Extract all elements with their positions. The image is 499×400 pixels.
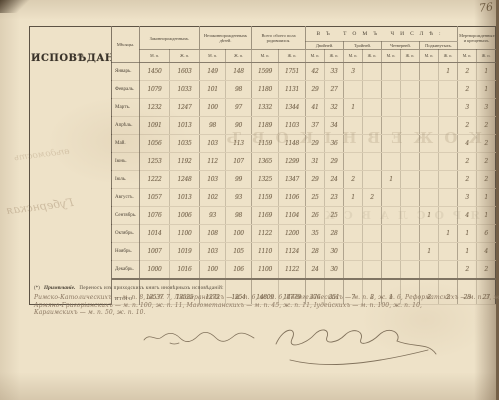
cell-value: 97 <box>226 99 252 117</box>
cell-value <box>439 189 458 207</box>
cell-value: 93 <box>200 207 226 225</box>
cell-value: 36 <box>325 135 344 153</box>
cell-value: 1344 <box>279 99 306 117</box>
column-header-triplets: Тройней. <box>344 42 382 50</box>
cell-value: 2 <box>344 171 363 189</box>
row-label-month: Ноябрь. <box>112 243 140 261</box>
cell-value <box>401 99 420 117</box>
cell-value <box>439 117 458 135</box>
cell-value <box>420 225 439 243</box>
cell-value <box>382 207 401 225</box>
cell-value <box>401 135 420 153</box>
cell-value: 1014 <box>140 225 170 243</box>
sex-subheader: Ж. п. <box>401 50 420 63</box>
cell-value: 90 <box>226 117 252 135</box>
cell-value: 2 <box>458 153 477 171</box>
cell-value: 103 <box>200 135 226 153</box>
page-corner-shadow <box>0 0 30 13</box>
cell-value: 29 <box>306 171 325 189</box>
cell-value <box>401 243 420 261</box>
footnote-handwritten-line: Караимскихъ — м. п. 50, ж. п. 10. <box>34 309 287 317</box>
cell-value <box>363 243 382 261</box>
cell-value: 26 <box>306 207 325 225</box>
cell-value <box>401 207 420 225</box>
sex-subheader: Ж. п. <box>477 50 496 63</box>
cell-value: 1299 <box>279 153 306 171</box>
cell-value: 2 <box>458 171 477 189</box>
row-label-month: Октябрь. <box>112 225 140 243</box>
cell-value: 3 <box>458 99 477 117</box>
column-header-foundlings: Подкинутыхъ. <box>420 42 458 50</box>
cell-value: 27 <box>325 81 344 99</box>
row-label-month: Мартъ. <box>112 99 140 117</box>
cell-value: 98 <box>226 81 252 99</box>
scanned-ledger-page: { "page": { "number": "76" }, "title": "… <box>0 0 499 400</box>
cell-value: 3 <box>477 99 496 117</box>
sex-subheader: М. п. <box>382 50 401 63</box>
cell-value: 4 <box>458 207 477 225</box>
cell-value <box>382 117 401 135</box>
cell-value: 1007 <box>140 243 170 261</box>
cell-value: 1222 <box>140 171 170 189</box>
cell-value: 42 <box>306 63 325 81</box>
cell-value <box>401 171 420 189</box>
column-header-quadruplets: Четверней. <box>382 42 420 50</box>
cell-value: 1 <box>477 189 496 207</box>
sex-subheader: Ж. п. <box>226 50 252 63</box>
cell-value <box>420 189 439 207</box>
cell-value <box>344 81 363 99</box>
page-title: ИСПОВѢДАНІЕ. <box>30 27 112 305</box>
cell-value <box>344 135 363 153</box>
cell-value: 100 <box>200 99 226 117</box>
cell-value: 1 <box>439 225 458 243</box>
row-label-month: Май. <box>112 135 140 153</box>
cell-value: 33 <box>325 63 344 81</box>
row-label-month: Апрѣль. <box>112 117 140 135</box>
footnote: (*) Примѣчаніе. Переносъ изъ приходскихъ… <box>34 276 470 317</box>
cell-value: 1 <box>344 189 363 207</box>
cell-value <box>382 225 401 243</box>
cell-value: 98 <box>226 207 252 225</box>
cell-value: 100 <box>226 225 252 243</box>
cell-value: 4 <box>458 135 477 153</box>
footnote-label: Примѣчаніе. <box>44 285 76 291</box>
cell-value: 1 <box>458 243 477 261</box>
cell-value: 1079 <box>140 81 170 99</box>
cell-value: 2 <box>477 261 496 280</box>
sex-subheader: М. п. <box>252 50 279 63</box>
cell-value <box>439 153 458 171</box>
footnote-handwritten-line: Армяно-Григоріанскихъ — м. п. 100, ж. п.… <box>34 302 470 310</box>
cell-value: 1599 <box>252 63 279 81</box>
cell-value: 1180 <box>252 81 279 99</box>
cell-value: 1148 <box>279 135 306 153</box>
cell-value: 28 <box>325 225 344 243</box>
sex-subheader: Ж. п. <box>279 50 306 63</box>
footnote-printed-text: Переносъ изъ приходскихъ книгъ иновѣрных… <box>79 286 223 291</box>
cell-value <box>382 81 401 99</box>
cell-value: 1076 <box>140 207 170 225</box>
row-label-month: Іюль. <box>112 171 140 189</box>
cell-value: 32 <box>325 99 344 117</box>
cell-value: 29 <box>325 153 344 171</box>
column-header-legitimate: Законнорожденныхъ. <box>140 27 200 50</box>
cell-value: 1035 <box>170 135 200 153</box>
cell-value <box>439 207 458 225</box>
cell-value: 2 <box>477 135 496 153</box>
cell-value: 1247 <box>170 99 200 117</box>
cell-value: 1131 <box>279 81 306 99</box>
cell-value: 113 <box>226 135 252 153</box>
cell-value: 105 <box>226 243 252 261</box>
column-header-month: Мѣсяцы. <box>112 27 140 63</box>
sex-subheader: Ж. п. <box>439 50 458 63</box>
cell-value <box>420 63 439 81</box>
cell-value: 34 <box>325 117 344 135</box>
cell-value <box>401 117 420 135</box>
cell-value <box>363 207 382 225</box>
cell-value: 30 <box>325 243 344 261</box>
cell-value <box>363 225 382 243</box>
sex-subheader: М. п. <box>458 50 477 63</box>
signature-right-icon <box>276 330 436 365</box>
cell-value <box>439 135 458 153</box>
cell-value: 41 <box>306 99 325 117</box>
sex-subheader: М. п. <box>306 50 325 63</box>
column-band-in-that-number: ВЪ ТОМЪ ЧИСЛѢ: <box>306 27 458 42</box>
column-header-twins: Двойней. <box>306 42 344 50</box>
cell-value: 93 <box>226 189 252 207</box>
cell-value: 24 <box>325 171 344 189</box>
cell-value: 1248 <box>170 171 200 189</box>
cell-value: 1 <box>420 207 439 225</box>
cell-value: 1104 <box>279 207 306 225</box>
cell-value: 101 <box>200 81 226 99</box>
cell-value: 2 <box>458 117 477 135</box>
cell-value: 1332 <box>252 99 279 117</box>
cell-value: 1033 <box>170 81 200 99</box>
cell-value: 112 <box>200 153 226 171</box>
sex-subheader: М. п. <box>420 50 439 63</box>
cell-value: 25 <box>306 189 325 207</box>
cell-value: 29 <box>306 135 325 153</box>
cell-value: 1365 <box>252 153 279 171</box>
cell-value <box>439 99 458 117</box>
cell-value: 1019 <box>170 243 200 261</box>
cell-value: 3 <box>344 63 363 81</box>
cell-value: 2 <box>477 117 496 135</box>
cell-value: 1253 <box>140 153 170 171</box>
cell-value <box>344 225 363 243</box>
cell-value: 1103 <box>279 117 306 135</box>
header-row-1: ИСПОВѢДАНІЕ. Мѣсяцы. Законнорожденныхъ. … <box>30 27 496 42</box>
row-label-month: Февраль. <box>112 81 140 99</box>
cell-value <box>401 63 420 81</box>
cell-value: 28 <box>306 243 325 261</box>
cell-value: 31 <box>306 153 325 171</box>
cell-value: 1122 <box>252 225 279 243</box>
cell-value <box>344 243 363 261</box>
signature-left-icon <box>144 332 254 344</box>
cell-value: 1057 <box>140 189 170 207</box>
row-label-month: Январь. <box>112 63 140 81</box>
cell-value: 2 <box>477 153 496 171</box>
cell-value: 2 <box>477 171 496 189</box>
cell-value: 1325 <box>252 171 279 189</box>
cell-value: 1013 <box>170 189 200 207</box>
cell-value: 1 <box>477 207 496 225</box>
cell-value: 98 <box>200 117 226 135</box>
cell-value: 148 <box>226 63 252 81</box>
cell-value <box>363 117 382 135</box>
cell-value <box>363 153 382 171</box>
cell-value: 29 <box>306 81 325 99</box>
cell-value <box>344 207 363 225</box>
cell-value: 108 <box>200 225 226 243</box>
cell-value: 35 <box>306 225 325 243</box>
column-header-total-born: Всего обоего пола родившихся. <box>252 27 306 50</box>
cell-value: 6 <box>477 225 496 243</box>
cell-value <box>382 135 401 153</box>
cell-value: 1751 <box>279 63 306 81</box>
cell-value: 1 <box>458 225 477 243</box>
cell-value: 1159 <box>252 135 279 153</box>
cell-value: 1110 <box>252 243 279 261</box>
row-label-month: Сентябрь. <box>112 207 140 225</box>
cell-value <box>401 225 420 243</box>
row-label-month: Августъ. <box>112 189 140 207</box>
sex-subheader: М. п. <box>344 50 363 63</box>
cell-value: 1347 <box>279 171 306 189</box>
cell-value <box>382 189 401 207</box>
column-header-illegitimate: Незаконнорожденныхъ дѣтей. <box>200 27 252 50</box>
sex-subheader: Ж. п. <box>363 50 382 63</box>
cell-value: 1056 <box>140 135 170 153</box>
cell-value: 1189 <box>252 117 279 135</box>
cell-value: 1 <box>382 171 401 189</box>
cell-value: 2 <box>458 63 477 81</box>
cell-value <box>439 81 458 99</box>
cell-value: 23 <box>325 189 344 207</box>
cell-value: 103 <box>200 243 226 261</box>
cell-value: 1192 <box>170 153 200 171</box>
cell-value <box>382 153 401 171</box>
sex-subheader: М. п. <box>200 50 226 63</box>
footnote-printed-line: (*) Примѣчаніе. Переносъ изъ приходскихъ… <box>34 276 470 294</box>
cell-value: 2 <box>458 81 477 99</box>
cell-value <box>344 117 363 135</box>
sex-subheader: М. п. <box>140 50 170 63</box>
cell-value <box>363 99 382 117</box>
cell-value <box>401 189 420 207</box>
sex-subheader: Ж. п. <box>170 50 200 63</box>
births-summary-table: ИСПОВѢДАНІЕ. Мѣсяцы. Законнорожденныхъ. … <box>29 26 495 305</box>
cell-value: 37 <box>306 117 325 135</box>
cell-value: 1 <box>439 63 458 81</box>
cell-value: 1 <box>420 243 439 261</box>
cell-value <box>363 63 382 81</box>
cell-value: 107 <box>226 153 252 171</box>
cell-value: 1013 <box>170 117 200 135</box>
cell-value <box>382 99 401 117</box>
cell-value <box>439 171 458 189</box>
column-header-stillborn: Мертворожденныхъ и крещеныхъ. <box>458 27 496 50</box>
cell-value <box>401 153 420 171</box>
cell-value <box>401 81 420 99</box>
cell-value: 1006 <box>170 207 200 225</box>
cell-value: 1106 <box>279 189 306 207</box>
cell-value: 1 <box>344 99 363 117</box>
page-number: 76 <box>478 0 493 14</box>
signature-block <box>140 324 440 376</box>
cell-value <box>420 171 439 189</box>
cell-value <box>420 117 439 135</box>
cell-value <box>344 153 363 171</box>
cell-value <box>382 243 401 261</box>
cell-value: 1 <box>477 81 496 99</box>
cell-value: 2 <box>363 189 382 207</box>
footnote-handwritten-line: Римско-Католическихъ — м. п. 8, ж. п. 7,… <box>34 294 470 302</box>
cell-value <box>420 99 439 117</box>
cell-value: 1603 <box>170 63 200 81</box>
sex-subheader: Ж. п. <box>325 50 344 63</box>
footnote-mark: (*) <box>34 286 40 291</box>
cell-value <box>382 63 401 81</box>
cell-value: 1169 <box>252 207 279 225</box>
cell-value <box>420 81 439 99</box>
cell-value: 103 <box>200 171 226 189</box>
cell-value: 3 <box>458 189 477 207</box>
cell-value: 1 <box>477 63 496 81</box>
cell-value <box>363 135 382 153</box>
cell-value: 1232 <box>140 99 170 117</box>
cell-value: 102 <box>200 189 226 207</box>
cell-value: 4 <box>477 243 496 261</box>
cell-value: 1450 <box>140 63 170 81</box>
cell-value: 99 <box>226 171 252 189</box>
cell-value: 25 <box>325 207 344 225</box>
cell-value <box>420 135 439 153</box>
cell-value: 149 <box>200 63 226 81</box>
cell-value: 1124 <box>279 243 306 261</box>
cell-value <box>439 243 458 261</box>
cell-value <box>363 81 382 99</box>
cell-value: 1159 <box>252 189 279 207</box>
cell-value <box>363 171 382 189</box>
cell-value <box>420 153 439 171</box>
cell-value: 1100 <box>170 225 200 243</box>
row-label-month: Іюнь. <box>112 153 140 171</box>
cell-value: 1200 <box>279 225 306 243</box>
cell-value: 1091 <box>140 117 170 135</box>
